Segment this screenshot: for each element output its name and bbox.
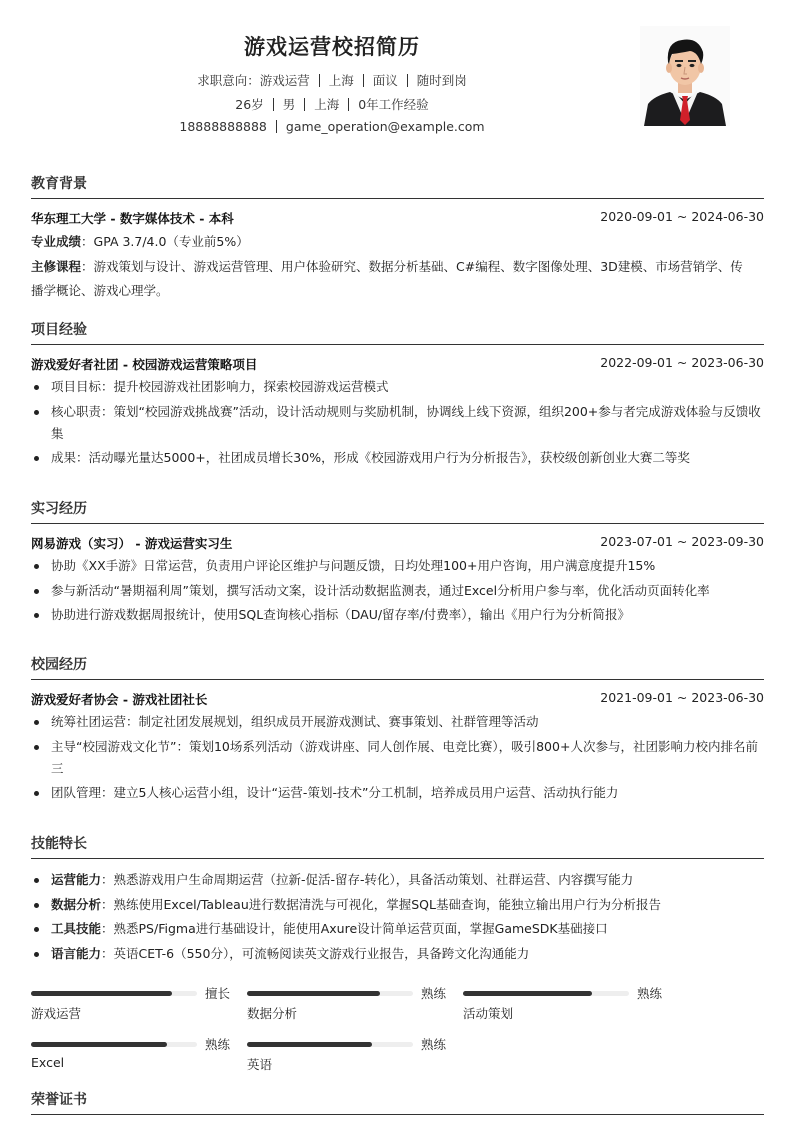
section-divider bbox=[31, 344, 764, 345]
skill-level: 擅长 bbox=[205, 984, 230, 1002]
section-title: 荣誉证书 bbox=[31, 1089, 764, 1111]
skill-bar-fill bbox=[463, 991, 592, 996]
skill-label: 运营能力 bbox=[51, 872, 101, 887]
gpa-label: 专业成绩 bbox=[31, 234, 81, 249]
list-item: 核心职责：策划“校园游戏挑战赛”活动，设计活动规则与奖励机制，协调线上线下资源，… bbox=[31, 400, 764, 446]
divider bbox=[348, 98, 349, 111]
skill-level: 熟练 bbox=[637, 984, 662, 1002]
skill-bullets: 运营能力：熟悉游戏用户生命周期运营（拉新-促活-留存-转化），具备活动策划、社群… bbox=[31, 868, 764, 966]
resume-title: 游戏运营校招简历 bbox=[0, 31, 664, 61]
list-item: 主导“校园游戏文化节”：策划10场系列活动（游戏讲座、同人创作展、电竞比赛），吸… bbox=[31, 735, 764, 781]
skill-name: 数据分析 bbox=[247, 1004, 297, 1022]
section-divider bbox=[31, 1114, 764, 1115]
experience-years: 0年工作经验 bbox=[358, 97, 428, 112]
skill-bar: 熟练 英语 bbox=[247, 1035, 447, 1080]
skill-name: 活动策划 bbox=[463, 1004, 513, 1022]
list-item: 工具技能：熟悉PS/Figma进行基础设计，能使用Axure设计简单运营页面，掌… bbox=[31, 917, 764, 942]
phone: 18888888888 bbox=[179, 119, 266, 134]
divider bbox=[304, 98, 305, 111]
skill-name: 英语 bbox=[247, 1055, 272, 1073]
skill-level: 熟练 bbox=[421, 984, 446, 1002]
skill-level: 熟练 bbox=[205, 1035, 230, 1053]
section-skills: 技能特长 运营能力：熟悉游戏用户生命周期运营（拉新-促活-留存-转化），具备活动… bbox=[31, 833, 764, 966]
location: 上海 bbox=[314, 97, 339, 112]
section-campus: 校园经历 游戏爱好者协会 - 游戏社团社长 2021-09-01 ~ 2023-… bbox=[31, 654, 764, 805]
project-bullets: 项目目标：提升校园游戏社团影响力，探索校园游戏运营模式 核心职责：策划“校园游戏… bbox=[31, 375, 764, 470]
skill-bar-fill bbox=[247, 991, 380, 996]
list-item: 数据分析：熟练使用Excel/Tableau进行数据清洗与可视化，掌握SQL基础… bbox=[31, 893, 764, 918]
gpa-value: ：GPA 3.7/4.0（专业前5%） bbox=[81, 234, 249, 249]
section-title: 实习经历 bbox=[31, 498, 764, 520]
section-title: 技能特长 bbox=[31, 833, 764, 855]
skill-bar-track bbox=[31, 1042, 197, 1047]
skill-text: ：英语CET-6（550分），可流畅阅读英文游戏行业报告，具备跨文化沟通能力 bbox=[101, 946, 529, 961]
date-range: 2021-09-01 ~ 2023-06-30 bbox=[600, 690, 764, 705]
section-title: 教育背景 bbox=[31, 173, 764, 195]
skill-bar-fill bbox=[31, 1042, 167, 1047]
list-item: 语言能力：英语CET-6（550分），可流畅阅读英文游戏行业报告，具备跨文化沟通… bbox=[31, 942, 764, 967]
skill-bar-track bbox=[247, 1042, 413, 1047]
skill-bar-fill bbox=[247, 1042, 372, 1047]
divider bbox=[363, 74, 364, 87]
divider bbox=[407, 74, 408, 87]
section-divider bbox=[31, 198, 764, 199]
skill-bars: 擅长 游戏运营 熟练 数据分析 熟练 活动策划 熟练 Excel 熟练 英语 bbox=[31, 980, 764, 1075]
list-item: 协助《XX手游》日常运营，负责用户评论区维护与问题反馈，日均处理100+用户咨询… bbox=[31, 554, 764, 579]
campus-item-header: 游戏爱好者协会 - 游戏社团社长 2021-09-01 ~ 2023-06-30 bbox=[31, 690, 764, 710]
personal-info-line: 26岁男上海0年工作经验 bbox=[0, 95, 664, 113]
campus-bullets: 统筹社团运营：制定社团发展规划，组织成员开展游戏测试、赛事策划、社群管理等活动 … bbox=[31, 710, 764, 805]
courses-line-cont: 播学概论、游戏心理学。 bbox=[31, 279, 764, 304]
list-item: 运营能力：熟悉游戏用户生命周期运营（拉新-促活-留存-转化），具备活动策划、社群… bbox=[31, 868, 764, 893]
skill-label: 工具技能 bbox=[51, 921, 101, 936]
city: 上海 bbox=[329, 73, 354, 88]
skill-level: 熟练 bbox=[421, 1035, 446, 1053]
age: 26岁 bbox=[235, 97, 263, 112]
divider bbox=[319, 74, 320, 87]
courses-label: 主修课程 bbox=[31, 259, 81, 274]
section-education: 教育背景 华东理工大学 - 数字媒体技术 - 本科 2020-09-01 ~ 2… bbox=[31, 173, 764, 304]
skill-text: ：熟悉PS/Figma进行基础设计，能使用Axure设计简单运营页面，掌握Gam… bbox=[101, 921, 608, 936]
contact-line: 18888888888game_operation@example.com bbox=[0, 119, 664, 134]
skill-bar-track bbox=[247, 991, 413, 996]
skill-bar-track bbox=[463, 991, 629, 996]
skill-name: Excel bbox=[31, 1055, 64, 1070]
avatar bbox=[640, 26, 730, 126]
project-title: 游戏爱好者社团 - 校园游戏运营策略项目 bbox=[31, 355, 257, 373]
gender: 男 bbox=[283, 97, 296, 112]
internship-bullets: 协助《XX手游》日常运营，负责用户评论区维护与问题反馈，日均处理100+用户咨询… bbox=[31, 554, 764, 628]
section-title: 校园经历 bbox=[31, 654, 764, 676]
skill-name: 游戏运营 bbox=[31, 1004, 81, 1022]
section-divider bbox=[31, 523, 764, 524]
job-intent-line: 求职意向：游戏运营上海面议随时到岗 bbox=[0, 71, 664, 89]
section-title: 项目经验 bbox=[31, 319, 764, 341]
education-item-header: 华东理工大学 - 数字媒体技术 - 本科 2020-09-01 ~ 2024-0… bbox=[31, 209, 764, 229]
company-role: 网易游戏（实习） - 游戏运营实习生 bbox=[31, 534, 232, 552]
skill-bar: 熟练 数据分析 bbox=[247, 984, 447, 1029]
list-item: 项目目标：提升校园游戏社团影响力，探索校园游戏运营模式 bbox=[31, 375, 764, 400]
internship-item-header: 网易游戏（实习） - 游戏运营实习生 2023-07-01 ~ 2023-09-… bbox=[31, 534, 764, 554]
skill-bar-track bbox=[31, 991, 197, 996]
list-item: 统筹社团运营：制定社团发展规划，组织成员开展游戏测试、赛事策划、社群管理等活动 bbox=[31, 710, 764, 735]
skill-label: 数据分析 bbox=[51, 897, 101, 912]
list-item: 参与新活动“暑期福利周”策划，撰写活动文案，设计活动数据监测表，通过Excel分… bbox=[31, 579, 764, 604]
availability: 随时到岗 bbox=[417, 73, 467, 88]
school-degree: 华东理工大学 - 数字媒体技术 - 本科 bbox=[31, 209, 234, 227]
salary: 面议 bbox=[373, 73, 398, 88]
club-role: 游戏爱好者协会 - 游戏社团社长 bbox=[31, 690, 207, 708]
section-projects: 项目经验 游戏爱好者社团 - 校园游戏运营策略项目 2022-09-01 ~ 2… bbox=[31, 319, 764, 470]
gpa-line: 专业成绩：GPA 3.7/4.0（专业前5%） bbox=[31, 230, 764, 255]
list-item: 成果：活动曝光量达5000+，社团成员增长30%，形成《校园游戏用户行为分析报告… bbox=[31, 446, 764, 471]
skill-text: ：熟练使用Excel/Tableau进行数据清洗与可视化，掌握SQL基础查询，能… bbox=[101, 897, 661, 912]
courses-value: ：游戏策划与设计、游戏运营管理、用户体验研究、数据分析基础、C#编程、数字图像处… bbox=[81, 259, 743, 274]
project-item-header: 游戏爱好者社团 - 校园游戏运营策略项目 2022-09-01 ~ 2023-0… bbox=[31, 355, 764, 375]
date-range: 2022-09-01 ~ 2023-06-30 bbox=[600, 355, 764, 370]
avatar-portrait-icon bbox=[640, 26, 730, 126]
courses-line: 主修课程：游戏策划与设计、游戏运营管理、用户体验研究、数据分析基础、C#编程、数… bbox=[31, 255, 764, 280]
section-divider bbox=[31, 679, 764, 680]
skill-bar: 熟练 活动策划 bbox=[463, 984, 663, 1029]
resume-page: 游戏运营校招简历 求职意向：游戏运营上海面议随时到岗 26岁男上海0年工作经验 … bbox=[0, 0, 794, 1123]
divider bbox=[276, 120, 277, 133]
skill-bar-fill bbox=[31, 991, 172, 996]
section-internship: 实习经历 网易游戏（实习） - 游戏运营实习生 2023-07-01 ~ 202… bbox=[31, 498, 764, 628]
date-range: 2023-07-01 ~ 2023-09-30 bbox=[600, 534, 764, 549]
section-honors: 荣誉证书 bbox=[31, 1089, 764, 1115]
email[interactable]: game_operation@example.com bbox=[286, 119, 485, 134]
skill-bar: 熟练 Excel bbox=[31, 1035, 231, 1080]
divider bbox=[273, 98, 274, 111]
skill-text: ：熟悉游戏用户生命周期运营（拉新-促活-留存-转化），具备活动策划、社群运营、内… bbox=[101, 872, 633, 887]
skill-label: 语言能力 bbox=[51, 946, 101, 961]
list-item: 团队管理：建立5人核心运营小组，设计“运营-策划-技术”分工机制，培养成员用户运… bbox=[31, 781, 764, 806]
list-item: 协助进行游戏数据周报统计，使用SQL查询核心指标（DAU/留存率/付费率），输出… bbox=[31, 603, 764, 628]
skill-bar: 擅长 游戏运营 bbox=[31, 984, 231, 1029]
job-intent: 求职意向：游戏运营 bbox=[197, 73, 310, 88]
date-range: 2020-09-01 ~ 2024-06-30 bbox=[600, 209, 764, 224]
section-divider bbox=[31, 858, 764, 859]
